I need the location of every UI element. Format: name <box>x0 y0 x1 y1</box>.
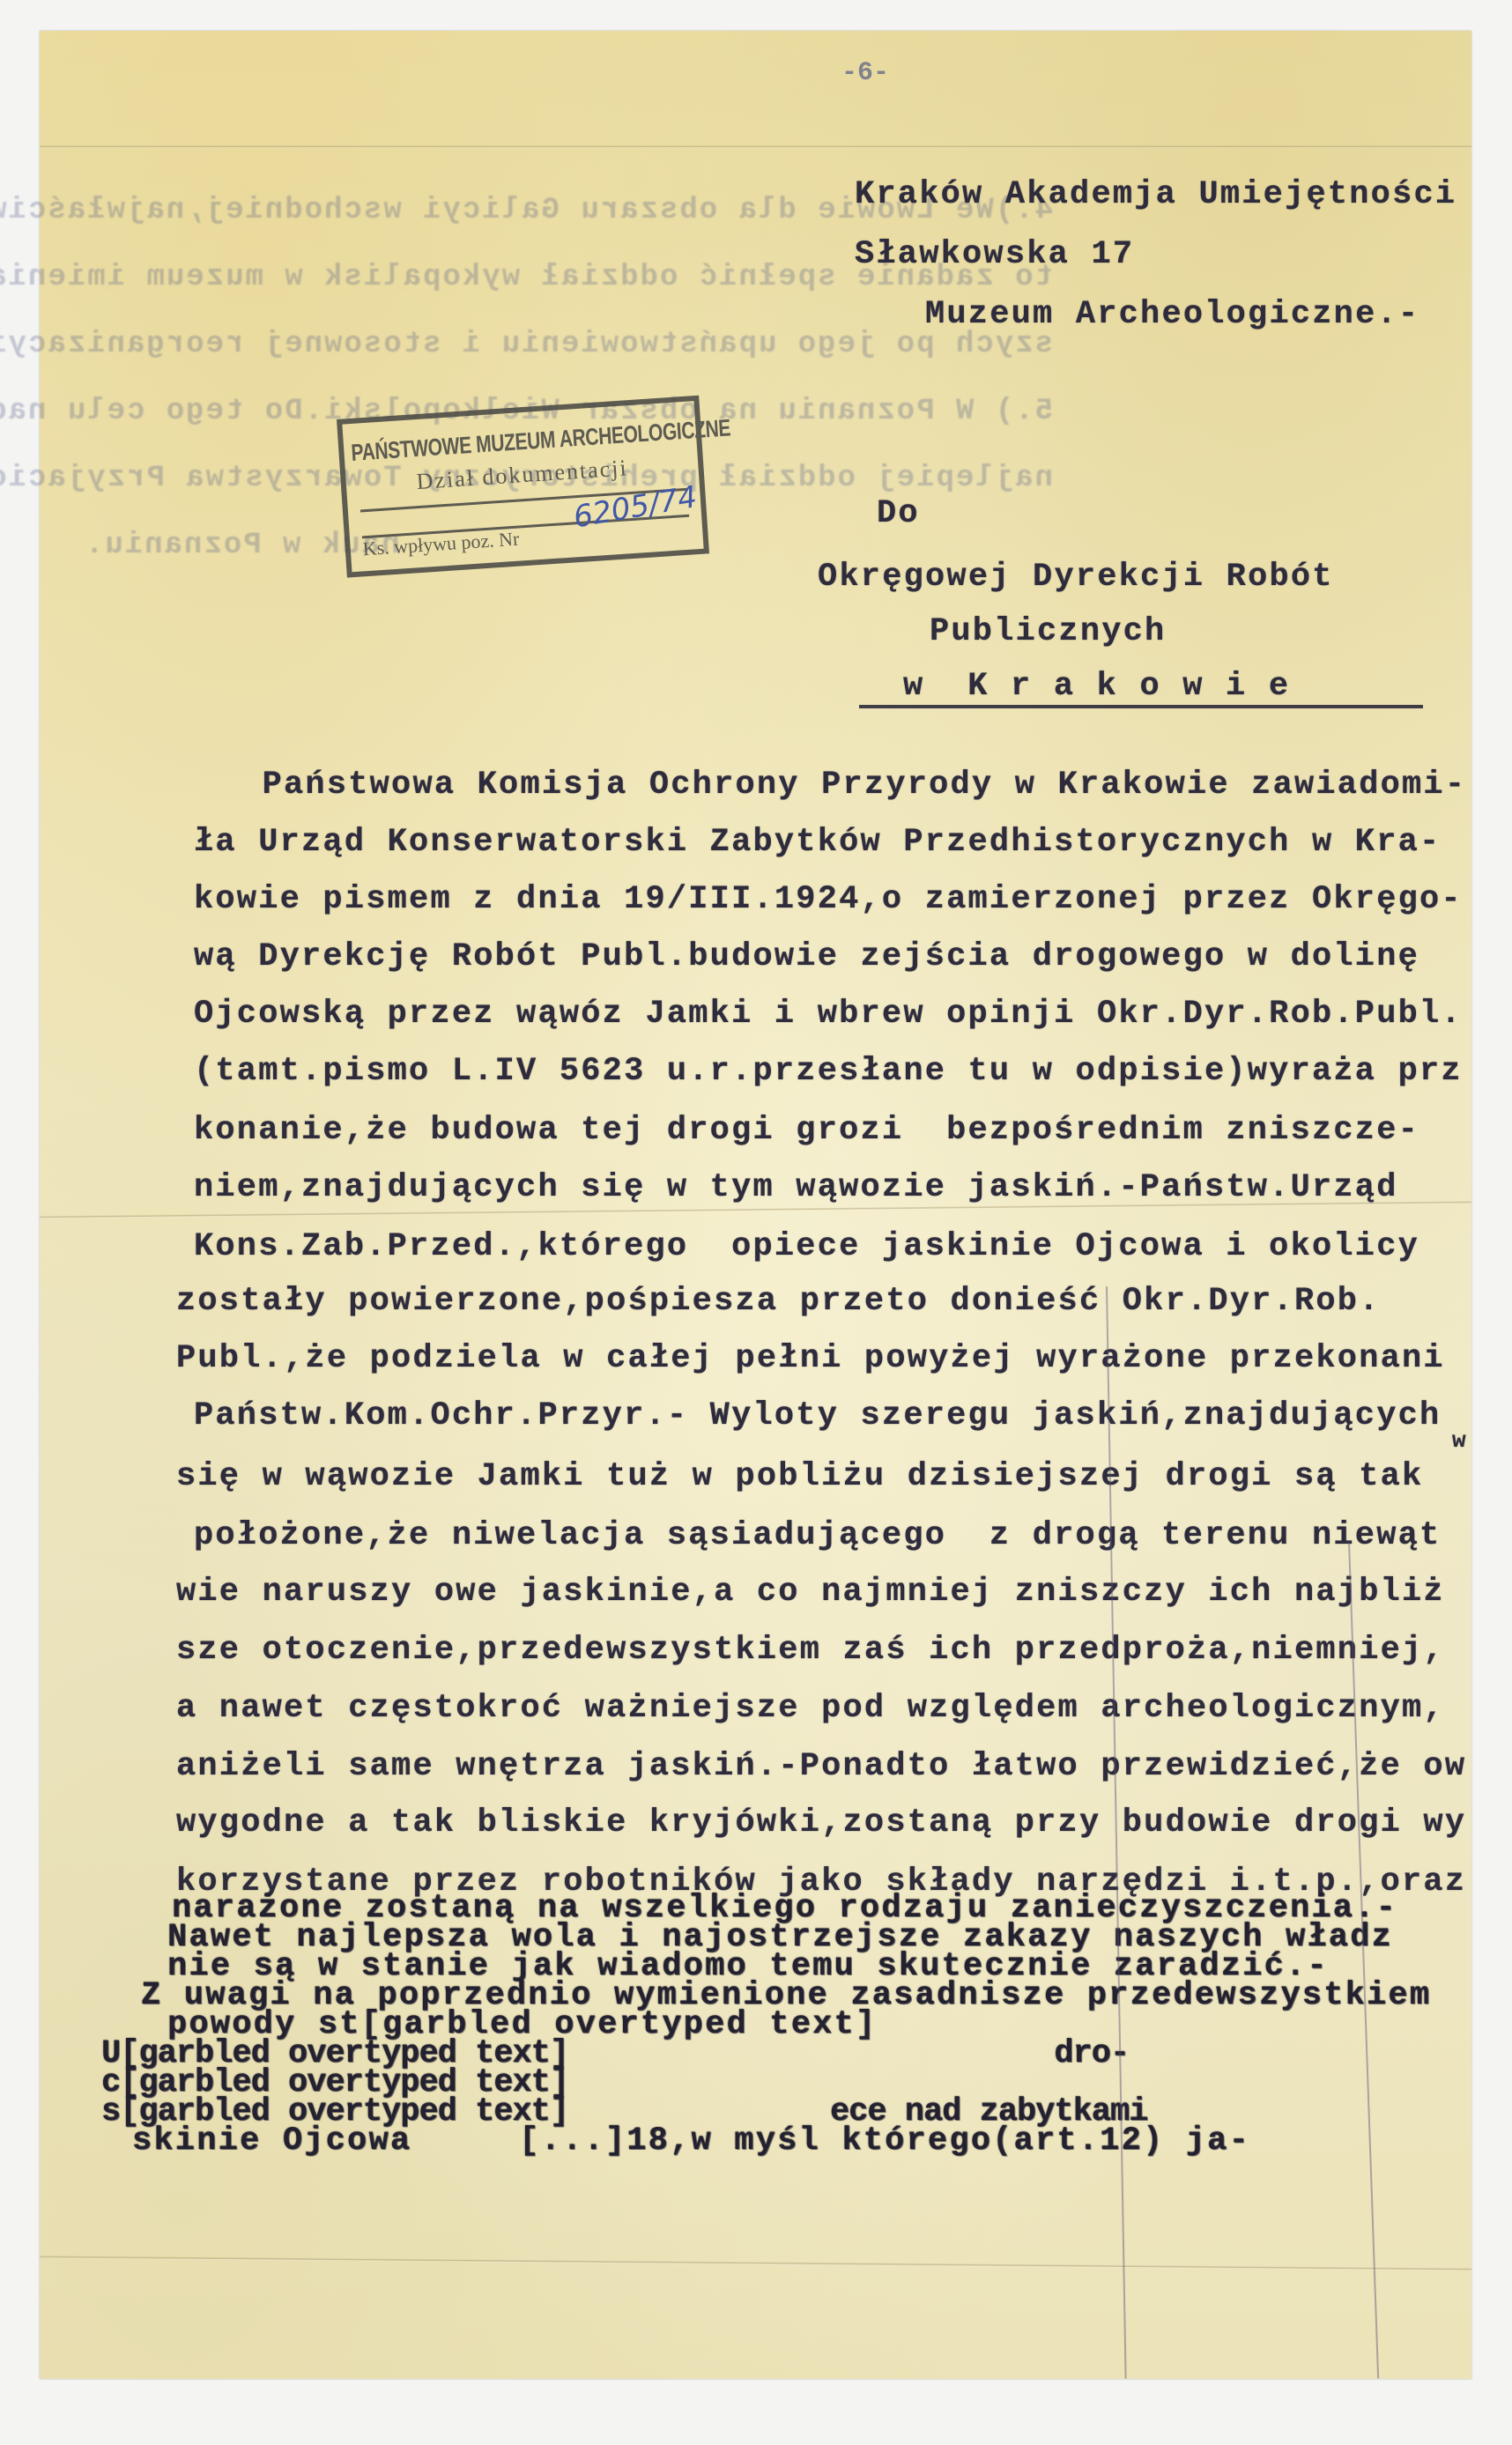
body-line: się w wąwozie Jamki tuż w pobliżu dzisie… <box>176 1458 1423 1495</box>
body-line: Publ.,że podziela w całej pełni powyżej … <box>176 1340 1445 1377</box>
recipient-underline <box>859 705 1423 708</box>
body-line: Państw.Kom.Ochr.Przyr.- Wyloty szeregu j… <box>194 1397 1441 1434</box>
handwritten-registry-number: 6205/74 <box>571 479 700 535</box>
body-line: (tamt.pismo L.IV 5623 u.r.przesłane tu w… <box>194 1053 1463 1090</box>
sender-line-2: Sławkowska 17 <box>855 236 1134 273</box>
body-line: położone,że niwelacja sąsiadującego z dr… <box>194 1517 1441 1554</box>
body-line: konanie,że budowa tej drogi grozi bezpoś… <box>194 1112 1419 1149</box>
body-line: niem,znajdujących się w tym wąwozie jask… <box>194 1169 1398 1206</box>
body-line: sze otoczenie,przedewszystkiem zaś ich p… <box>176 1632 1445 1669</box>
body-line: Kons.Zab.Przed.,którego opiece jaskinie … <box>194 1228 1419 1265</box>
body-line: aniżeli same wnętrza jaskiń.-Ponadto łat… <box>176 1748 1466 1785</box>
body-line: Ojcowską przez wąwóz Jamki i wbrew opinj… <box>194 996 1463 1033</box>
body-line: wie naruszy owe jaskinie,a co najmniej z… <box>176 1574 1445 1611</box>
recipient-line-3: w K r a k o w i e <box>903 668 1290 705</box>
body-line: wygodne a tak bliskie kryjówki,zostaną p… <box>176 1804 1466 1841</box>
stamp-label: Ks. wpływu poz. Nr <box>362 528 520 561</box>
overstruck-line: skinie Ojcowa [...]18,w myśl którego(art… <box>132 2123 1250 2160</box>
body-line: Państwowa Komisja Ochrony Przyrody w Kra… <box>176 767 1466 804</box>
paper-fold <box>40 145 1471 148</box>
recipient-to: Do <box>877 495 920 532</box>
page-number: -6- <box>841 58 889 88</box>
body-line: ła Urząd Konserwatorski Zabytków Przedhi… <box>194 824 1441 861</box>
museum-stamp: PAŃSTWOWE MUZEUM ARCHEOLOGICZNE Dział do… <box>337 396 709 578</box>
body-line: wą Dyrekcję Robót Publ.budowie zejścia d… <box>194 938 1419 975</box>
sender-line-3: Muzeum Archeologiczne.- <box>925 296 1419 333</box>
recipient-line-2: Publicznych <box>930 613 1166 650</box>
recipient-line-1: Okręgowej Dyrekcji Robót <box>818 559 1334 596</box>
body-line: kowie pismem z dnia 19/III.1924,o zamier… <box>194 881 1463 918</box>
body-line: zostały powierzone,pośpiesza przeto doni… <box>176 1283 1381 1320</box>
sender-line-1: Kraków Akademja Umiejętności <box>855 176 1456 213</box>
margin-note: w <box>1452 1427 1468 1454</box>
paper-fold <box>40 2256 1471 2271</box>
body-line: a nawet częstokroć ważniejsze pod względ… <box>176 1690 1445 1727</box>
bleed-through-line: szych po jego upaństwowieniu i stosownej… <box>84 328 1053 361</box>
